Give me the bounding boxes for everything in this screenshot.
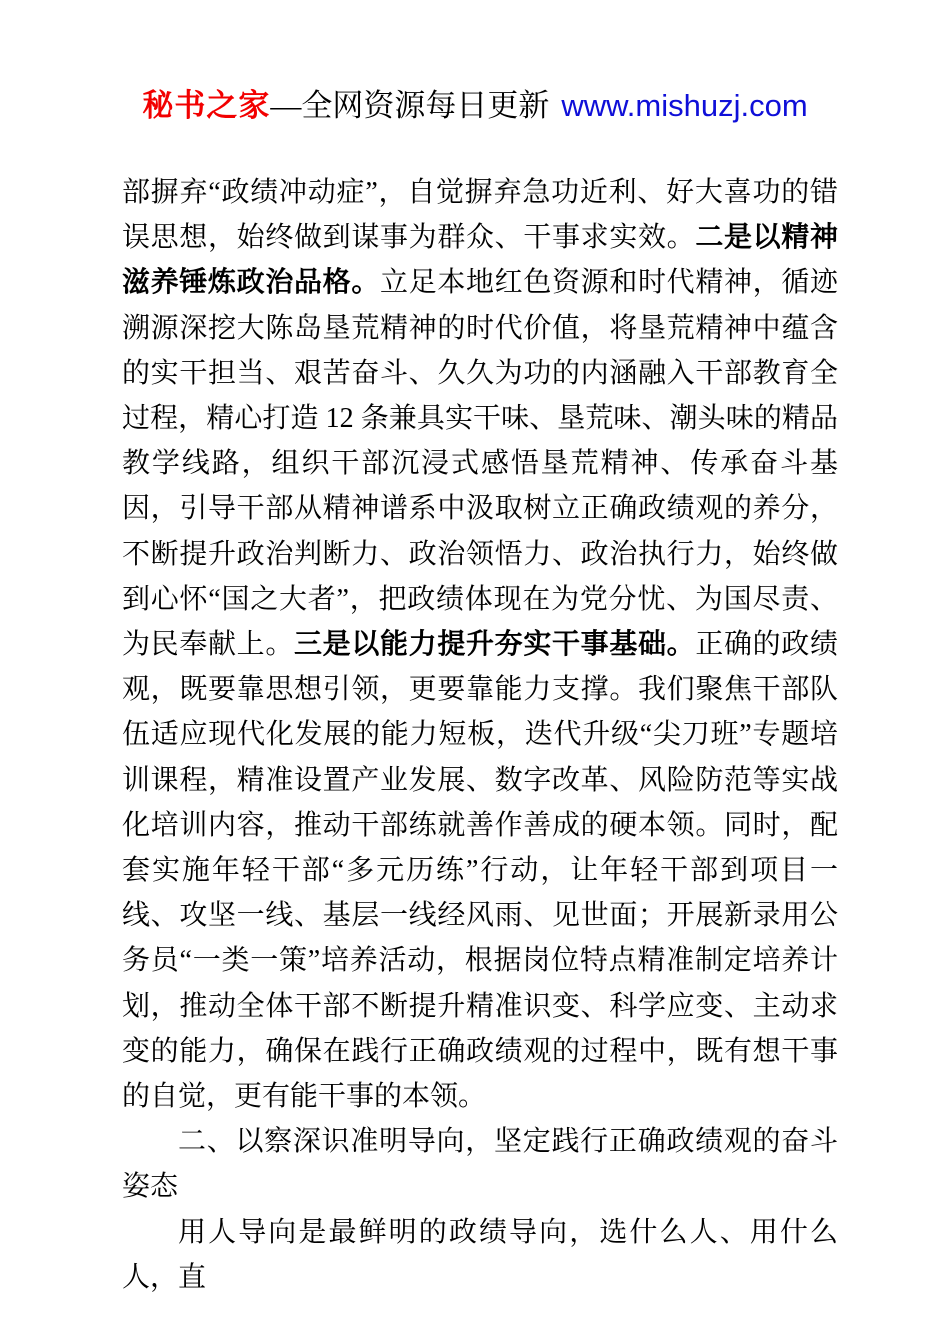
text-segment: 正确的政绩观，既要靠思想引领，更要靠能力支撑。我们聚焦干部队伍适应现代化发展的能… bbox=[122, 629, 838, 1112]
section-heading-two: 二、以察深识准明导向，坚定践行正确政绩观的奋斗姿态 bbox=[122, 1119, 838, 1209]
document-body: 部摒弃“政绩冲动症”，自觉摒弃急功近利、好大喜功的错误思想，始终做到谋事为群众、… bbox=[122, 170, 838, 1300]
site-logo-text: 秘书之家 bbox=[142, 88, 270, 123]
document-page: 秘书之家—全网资源每日更新www.mishuzj.com 部摒弃“政绩冲动症”，… bbox=[0, 0, 950, 1344]
site-url-link[interactable]: www.mishuzj.com bbox=[561, 88, 807, 123]
paragraph-talent-orientation: 用人导向是最鲜明的政绩导向，选什么人、用什么人，直 bbox=[122, 1210, 838, 1300]
site-header: 秘书之家—全网资源每日更新www.mishuzj.com bbox=[0, 86, 950, 126]
text-segment: 立足本地红色资源和时代精神，循迹溯源深挖大陈岛垦荒精神的时代价值，将垦荒精神中蕴… bbox=[122, 267, 838, 660]
bold-subheading-three: 三是以能力提升夯实干事基础。 bbox=[294, 629, 695, 660]
paragraph-political-achievement-education: 部摒弃“政绩冲动症”，自觉摒弃急功近利、好大喜功的错误思想，始终做到谋事为群众、… bbox=[122, 170, 838, 1119]
site-tagline: —全网资源每日更新 bbox=[270, 88, 549, 123]
